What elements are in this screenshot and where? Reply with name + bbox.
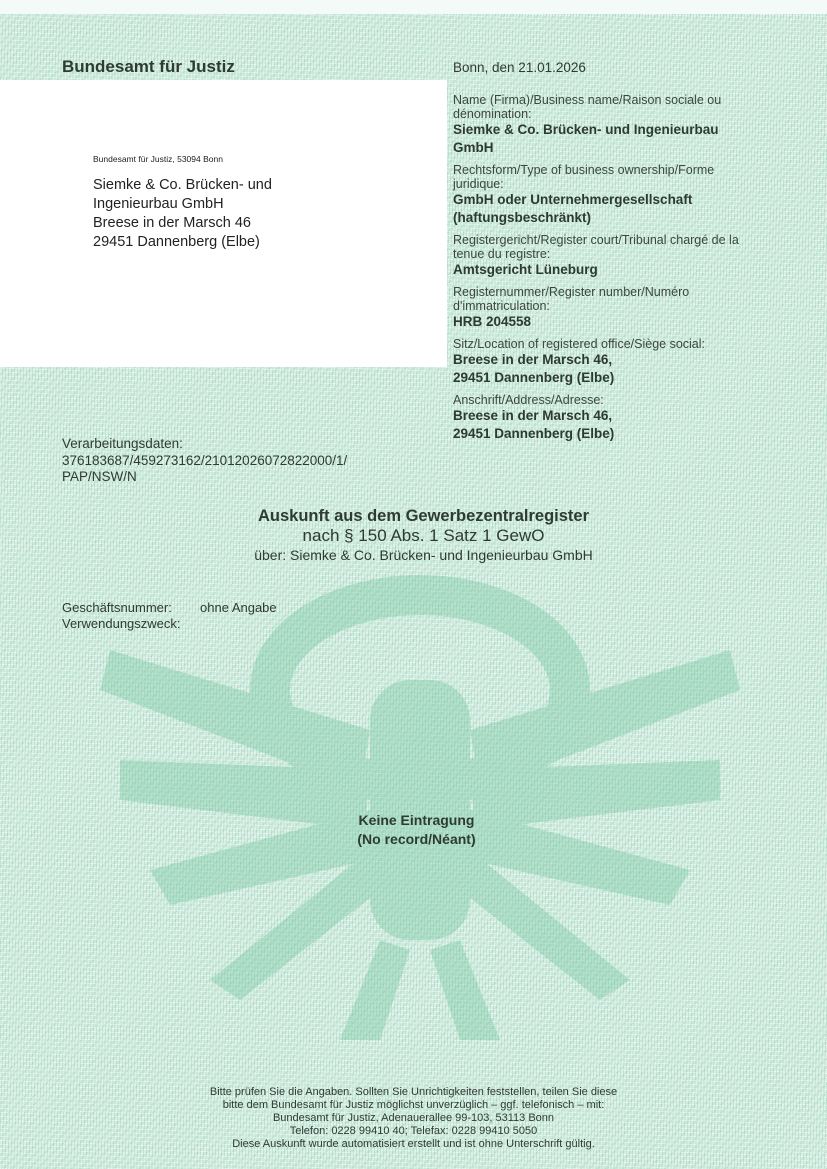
footer-line: Bitte prüfen Sie die Angaben. Sollten Si… (0, 1086, 827, 1099)
reference-meta: Geschäftsnummer: ohne Angabe Verwendungs… (62, 600, 277, 632)
document-title: Auskunft aus dem Gewerbezentralregister (20, 506, 827, 526)
case-number-value: ohne Angabe (200, 600, 277, 616)
info-label: Sitz/Location of registered office/Siège… (453, 337, 783, 351)
info-value: 29451 Dannenberg (Elbe) (453, 425, 783, 443)
info-value: (haftungsbeschränkt) (453, 209, 783, 227)
footer-line: Diese Auskunft wurde automatisiert erste… (0, 1138, 827, 1151)
recipient-line: Ingenieurbau GmbH (93, 195, 272, 214)
info-value: Breese in der Marsch 46, (453, 407, 783, 425)
top-margin (0, 0, 827, 14)
processing-line: 376183687/459273162/21012026072822000/1/ (62, 453, 347, 470)
info-label: Anschrift/Address/Adresse: (453, 393, 783, 407)
footer-line: bitte dem Bundesamt für Justiz möglichst… (0, 1099, 827, 1112)
document-page: Bundesamt für Justiz Bundesamt für Justi… (0, 0, 827, 1169)
info-legal-form: Rechtsform/Type of business ownership/Fo… (453, 163, 783, 227)
info-address: Anschrift/Address/Adresse: Breese in der… (453, 393, 783, 443)
legal-basis: nach § 150 Abs. 1 Satz 1 GewO (20, 526, 827, 546)
info-value: HRB 204558 (453, 313, 783, 331)
info-label: d'immatriculation: (453, 299, 783, 313)
info-business-name: Name (Firma)/Business name/Raison social… (453, 93, 783, 157)
processing-line: PAP/NSW/N (62, 469, 347, 486)
info-register-number: Registernummer/Register number/Numéro d'… (453, 285, 783, 331)
info-value: Siemke & Co. Brücken- und Ingenieurbau (453, 121, 783, 139)
info-label: Registernummer/Register number/Numéro (453, 285, 783, 299)
info-label: Name (Firma)/Business name/Raison social… (453, 93, 783, 107)
result-line: Keine Eintragung (6, 811, 827, 830)
info-label: Registergericht/Register court/Tribunal … (453, 233, 783, 247)
info-label: tenue du registre: (453, 247, 783, 261)
recipient-address: Siemke & Co. Brücken- und Ingenieurbau G… (93, 176, 272, 252)
recipient-line: Siemke & Co. Brücken- und (93, 176, 272, 195)
result-line: (No record/Néant) (6, 830, 827, 849)
subject-company: über: Siemke & Co. Brücken- und Ingenieu… (20, 546, 827, 564)
footer-line: Telefon: 0228 99410 40; Telefax: 0228 99… (0, 1125, 827, 1138)
case-number-row: Geschäftsnummer: ohne Angabe (62, 600, 277, 616)
agency-name: Bundesamt für Justiz (62, 57, 235, 77)
case-number-label: Geschäftsnummer: (62, 600, 200, 616)
info-value: GmbH oder Unternehmergesellschaft (453, 191, 783, 209)
info-value: GmbH (453, 139, 783, 157)
info-value: Breese in der Marsch 46, (453, 351, 783, 369)
processing-data: Verarbeitungsdaten: 376183687/459273162/… (62, 436, 347, 486)
federal-eagle-watermark-icon (80, 560, 760, 1060)
purpose-label: Verwendungszweck: (62, 616, 200, 632)
company-info-panel: Name (Firma)/Business name/Raison social… (453, 93, 783, 449)
info-label: dénomination: (453, 107, 783, 121)
register-result: Keine Eintragung (No record/Néant) (6, 811, 827, 849)
footer-notice: Bitte prüfen Sie die Angaben. Sollten Si… (0, 1086, 827, 1151)
info-label: juridique: (453, 177, 783, 191)
footer-line: Bundesamt für Justiz, Adenauerallee 99-1… (0, 1112, 827, 1125)
info-value: Amtsgericht Lüneburg (453, 261, 783, 279)
purpose-row: Verwendungszweck: (62, 616, 277, 632)
recipient-line: 29451 Dannenberg (Elbe) (93, 233, 272, 252)
document-title-block: Auskunft aus dem Gewerbezentralregister … (0, 506, 827, 564)
info-value: 29451 Dannenberg (Elbe) (453, 369, 783, 387)
sender-return-address: Bundesamt für Justiz, 53094 Bonn (93, 154, 223, 164)
info-register-court: Registergericht/Register court/Tribunal … (453, 233, 783, 279)
issue-date: Bonn, den 21.01.2026 (453, 60, 586, 75)
info-label: Rechtsform/Type of business ownership/Fo… (453, 163, 783, 177)
recipient-line: Breese in der Marsch 46 (93, 214, 272, 233)
processing-label: Verarbeitungsdaten: (62, 436, 347, 453)
info-registered-office: Sitz/Location of registered office/Siège… (453, 337, 783, 387)
